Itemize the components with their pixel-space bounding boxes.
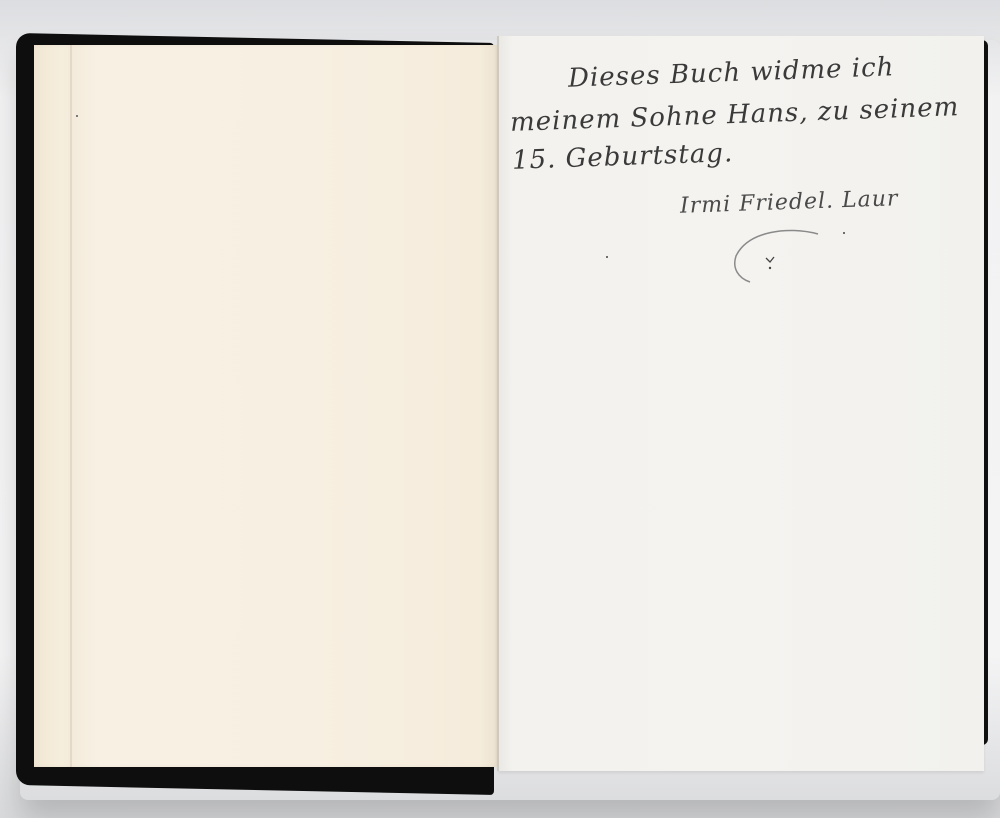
page-speck (76, 115, 78, 117)
signature-flourish-icon (728, 226, 828, 286)
left-page-fold (70, 45, 72, 767)
ink-dot (606, 256, 608, 258)
left-page-blank (34, 45, 498, 767)
book-gutter (497, 36, 499, 771)
ink-dot (843, 232, 845, 234)
